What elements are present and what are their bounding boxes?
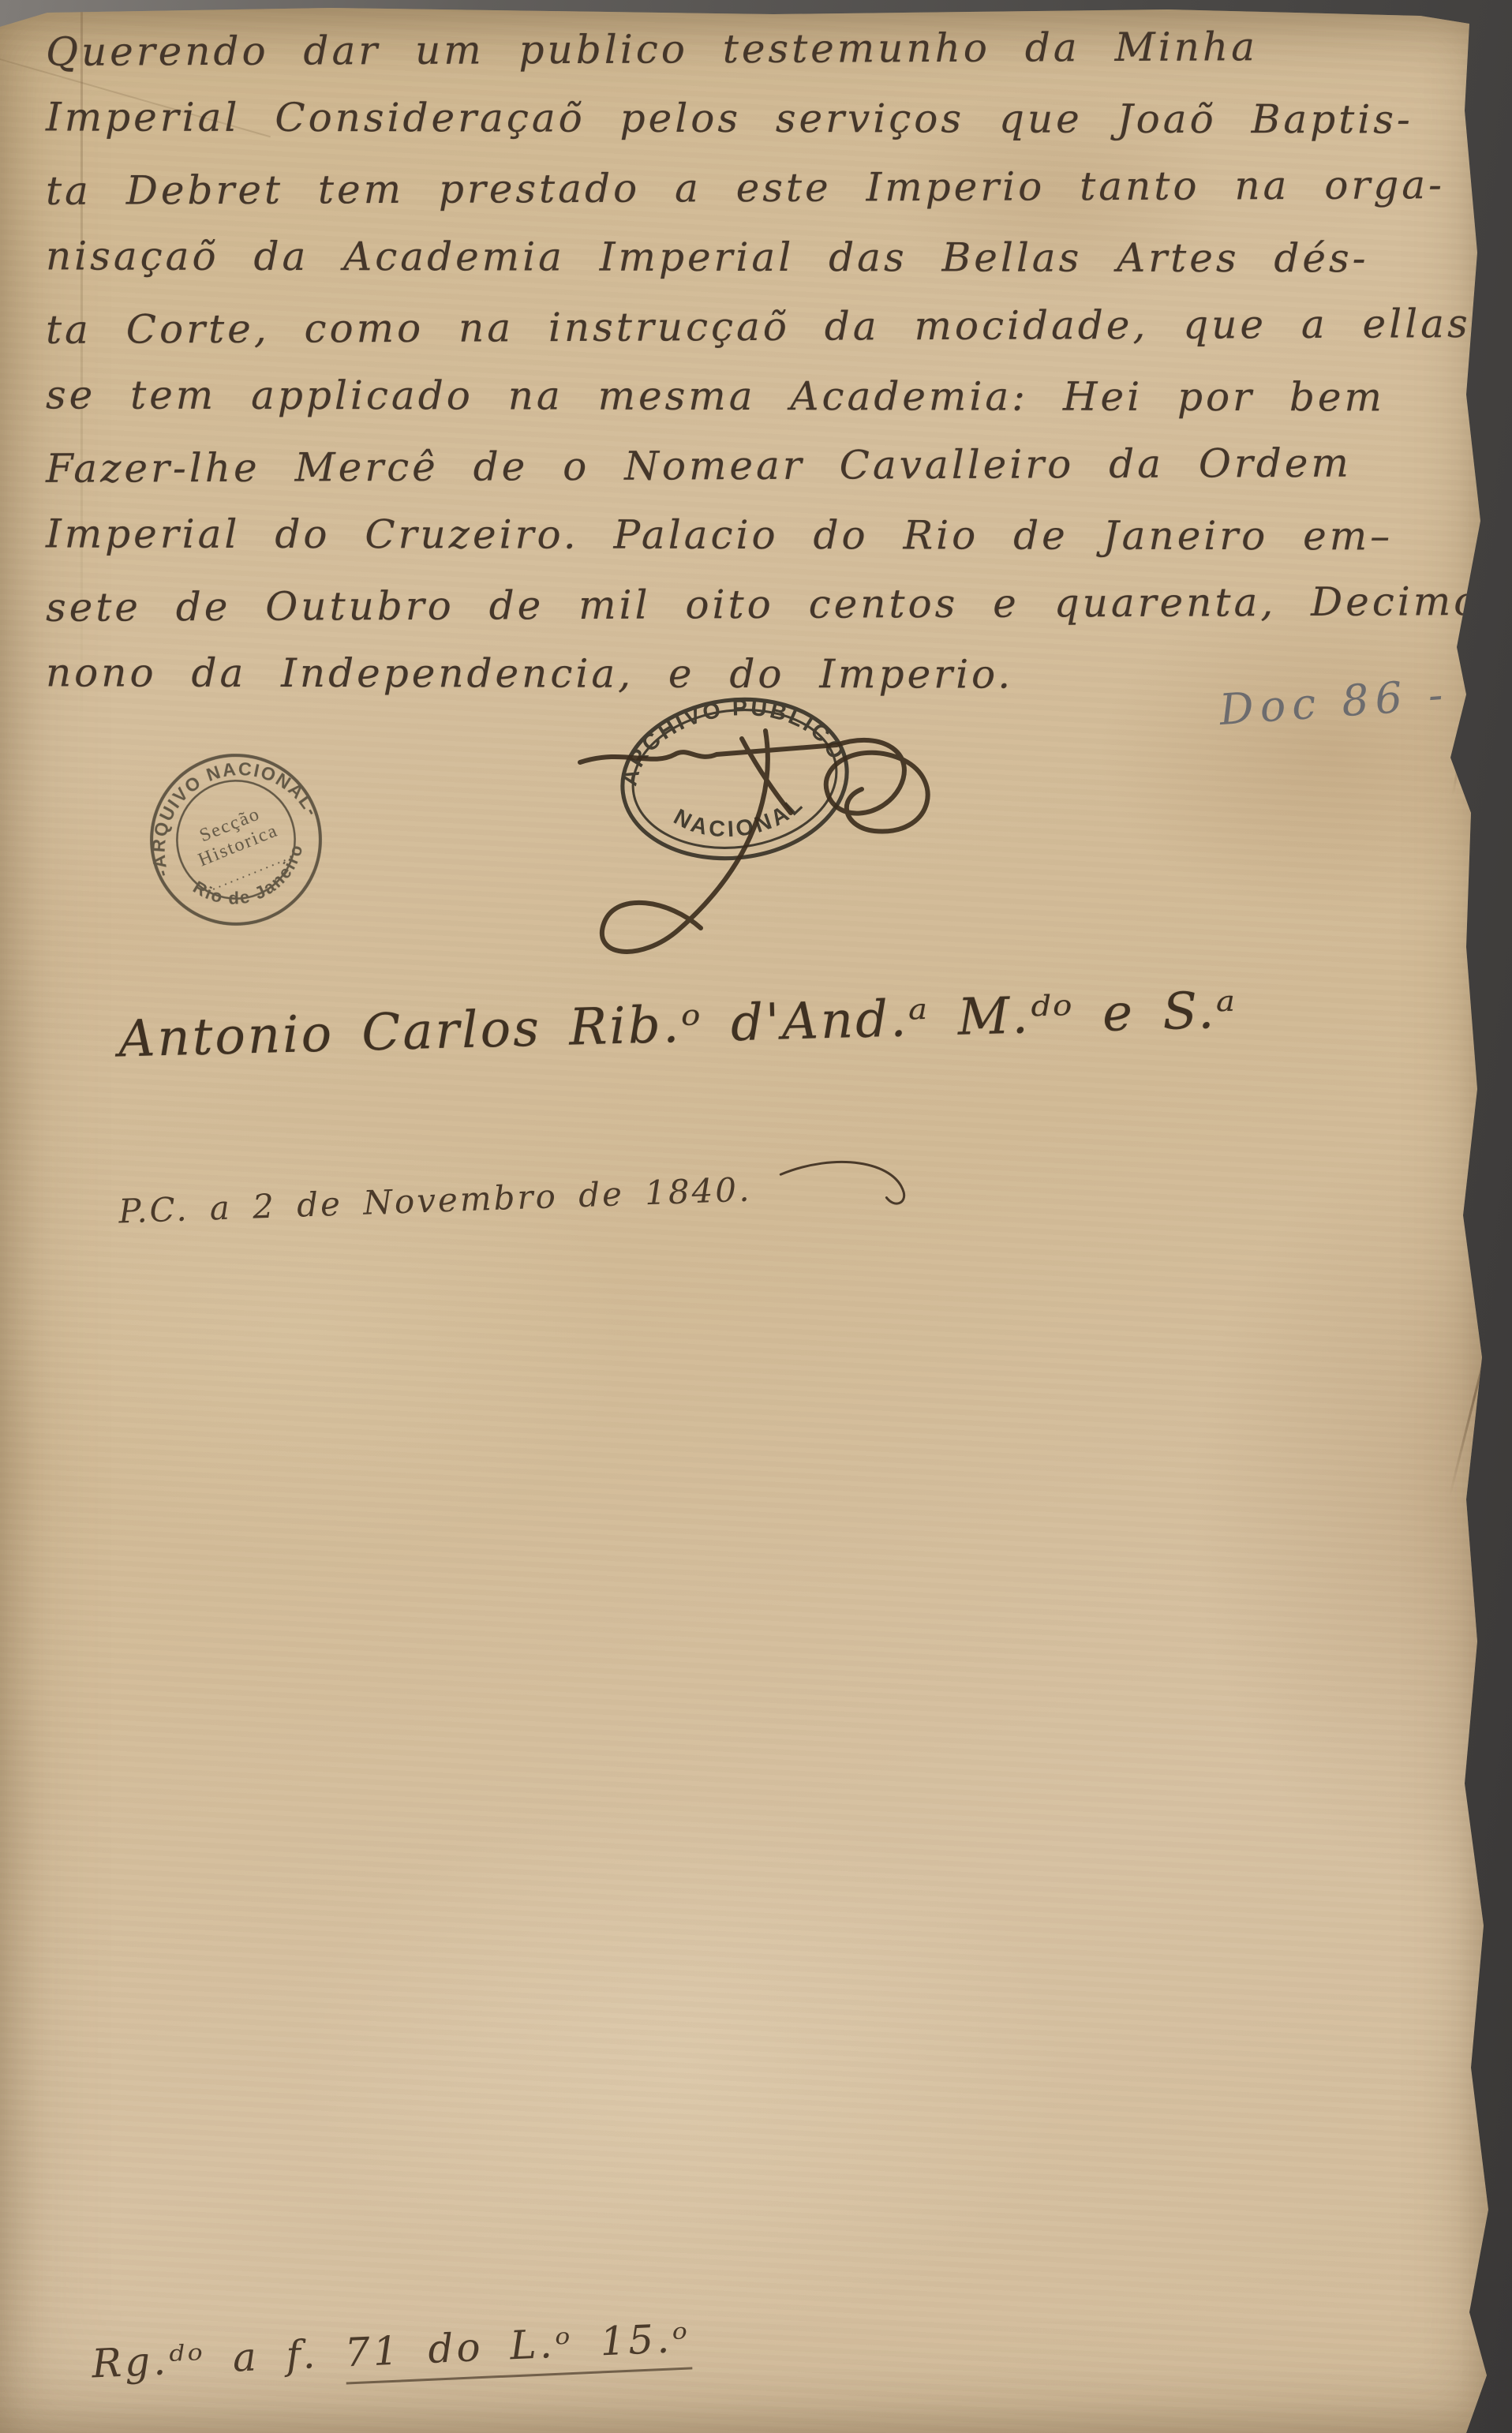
- round-archive-stamp: -ARQUIVO NACIONAL- Rio de Janeiro Secção…: [117, 721, 355, 959]
- manuscript-line: Querendo dar um publico testemunho da Mi…: [46, 11, 1466, 87]
- manuscript-line: Fazer-lhe Mercê de o Nomear Cavalleiro d…: [46, 428, 1466, 503]
- registry-reference: 71 do L.ᵒ 15.ᵒ: [344, 2315, 692, 2384]
- pen-flourish: [776, 1154, 911, 1214]
- manuscript-line: ta Debret tem prestado a este Imperio ta…: [46, 150, 1466, 226]
- manuscript-line: Imperial do Cruzeiro. Palacio do Rio de …: [46, 499, 1466, 571]
- manuscript-paper: Querendo dar um publico testemunho da Mi…: [0, 0, 1512, 2433]
- manuscript-line: nisaçaõ da Academia Imperial das Bellas …: [46, 221, 1466, 293]
- registry-note: Rg.ᵈᵒ a f. 71 do L.ᵒ 15.ᵒ: [91, 2315, 691, 2386]
- manuscript-line: ta Corte, como na instrucçaõ da mocidade…: [46, 289, 1466, 365]
- minister-signature: Antonio Carlos Rib.ᵒ d'And.ᵃ M.ᵈᵒ e S.ᵃ: [118, 981, 1238, 1069]
- manuscript-line: se tem applicado na mesma Academia: Hei …: [46, 360, 1466, 432]
- manuscript-text-block: Querendo dar um publico testemunho da Mi…: [46, 14, 1466, 709]
- scanned-document-page: { "doc": { "lines": [ "Querendo dar um p…: [0, 0, 1512, 2433]
- receipt-date-note: P.C. a 2 de Novembro de 1840.: [118, 1154, 912, 1237]
- rubric-flourish: [505, 685, 947, 969]
- tear-mark: [1469, 1484, 1493, 1641]
- tear-mark: [1449, 1297, 1501, 1496]
- receipt-date-text: P.C. a 2 de Novembro de 1840.: [118, 1170, 753, 1231]
- manuscript-line: sete de Outubro de mil oito centos e qua…: [46, 567, 1466, 642]
- manuscript-line: Imperial Consideraçaõ pelos serviços que…: [46, 82, 1466, 154]
- registry-prefix: Rg.ᵈᵒ a f.: [91, 2331, 319, 2386]
